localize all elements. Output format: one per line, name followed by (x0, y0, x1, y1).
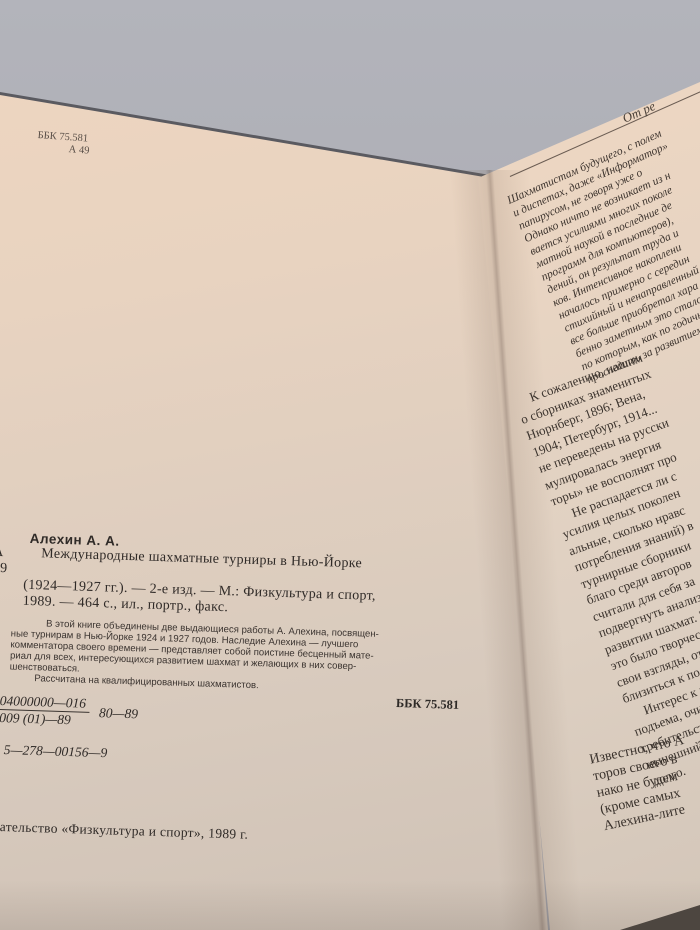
isbn: 5—278—00156—9 (3, 742, 107, 761)
bbk-classification-top: ББК 75.581 А 49 (36, 130, 90, 158)
bottom-shadow (0, 880, 700, 930)
catalog-entry: Алехин А. А. А 49 Международные шахматны… (0, 530, 480, 698)
bbk-classification-bottom: ББК 75.581 (396, 696, 460, 713)
code-suffix: 80—89 (99, 705, 138, 722)
code-fraction: 04000000—016 009 (01)—89 (0, 693, 90, 729)
code-denominator: 009 (01)—89 (0, 710, 90, 729)
catalog-id: А 49 (0, 545, 22, 578)
